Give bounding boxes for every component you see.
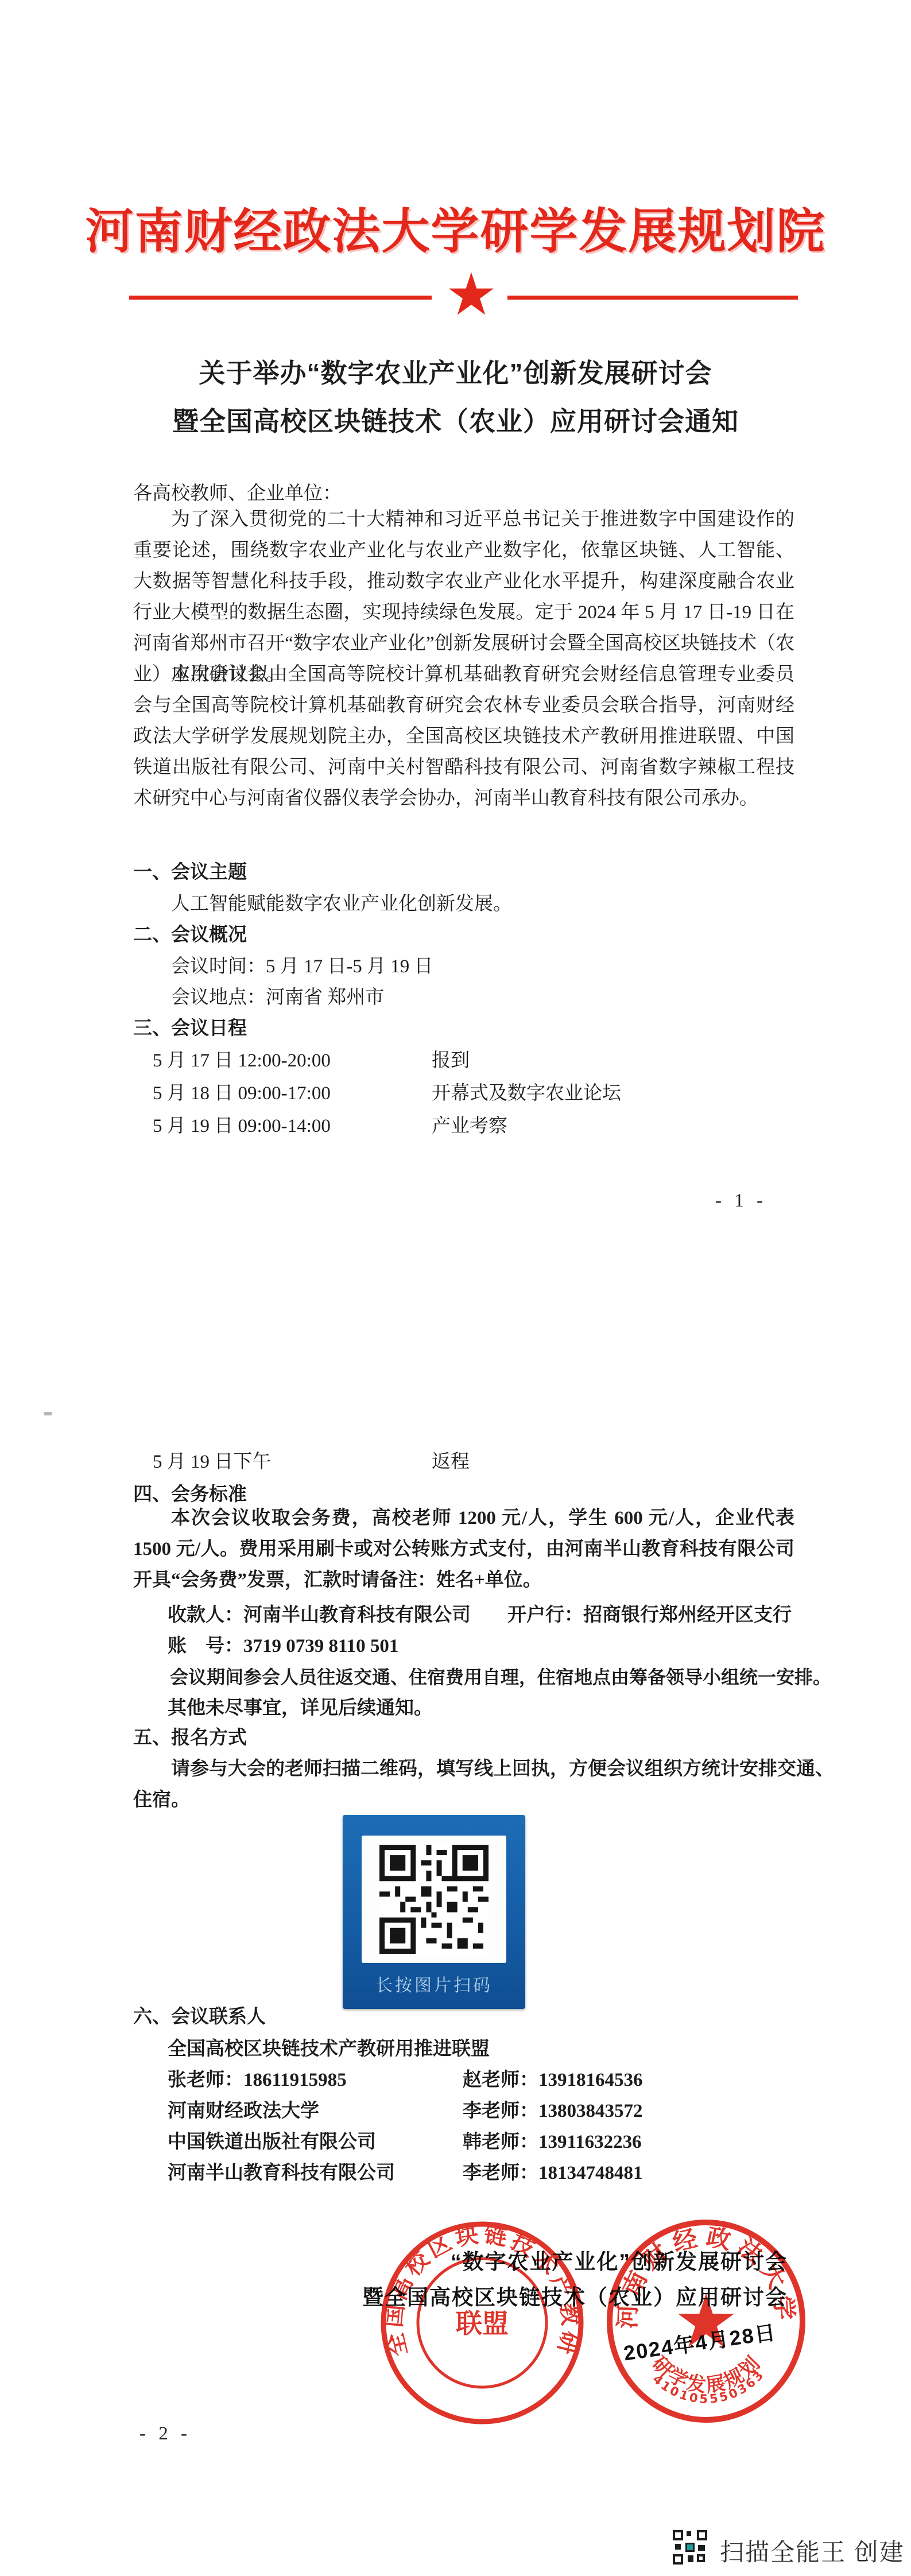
camscanner-qr-icon: [672, 2529, 708, 2566]
section1-heading: 一、会议主题: [133, 861, 247, 884]
page1-number: - 1 -: [715, 1190, 767, 1212]
contact-right: 李老师：13803843572: [463, 2100, 643, 2123]
letterhead-rule-left: [129, 296, 432, 300]
qr-panel: [362, 1836, 506, 1963]
schedule-event: 返程: [432, 1450, 470, 1474]
meeting-time: 会议时间：5 月 17 日-5 月 19 日: [171, 955, 433, 979]
registration-qr-card: 长按图片扫码: [343, 1815, 525, 2009]
page2-number: - 2 -: [139, 2423, 191, 2445]
fee-paragraph: 本次会议收取会务费，高校老师 1200 元/人，学生 600 元/人，企业代表 …: [133, 1503, 794, 1596]
schedule-time: 5 月 19 日 09:00-14:00: [153, 1115, 331, 1138]
alliance-seal: 全国高校区块链技术产教研用推进联盟 联盟: [372, 2211, 593, 2432]
contact-right: 韩老师：13911632236: [463, 2131, 642, 2154]
schedule-event: 报到: [432, 1049, 470, 1073]
scan-artifact: [44, 1412, 52, 1415]
contact-left: 河南财经政法大学: [168, 2100, 319, 2123]
section5-heading: 五、报名方式: [133, 1727, 247, 1750]
university-seal: ★ 河南财经政法大学 研学发展规划院 410105550363: [598, 2213, 813, 2428]
seal-star-icon: ★: [673, 2281, 739, 2362]
letterhead-org-name: 河南财经政法大学研学发展规划院: [0, 193, 911, 262]
contact-right: 赵老师：13918164536: [463, 2069, 643, 2092]
schedule-time: 5 月 18 日 09:00-17:00: [153, 1082, 331, 1105]
meeting-place: 会议地点：河南省 郑州市: [171, 986, 384, 1010]
section2-heading: 二、会议概况: [133, 924, 247, 947]
letterhead-rule-right: [507, 296, 798, 300]
signup-line2: 住宿。: [133, 1789, 190, 1812]
contact-right: 李老师：18134748481: [463, 2162, 643, 2185]
schedule-time: 5 月 19 日下午: [153, 1450, 271, 1474]
section6-heading: 六、会议联系人: [133, 2005, 266, 2029]
section3-heading: 三、会议日程: [133, 1017, 247, 1041]
schedule-event: 产业考察: [432, 1115, 507, 1138]
account-line: 账 号：3719 0739 8110 501: [168, 1635, 398, 1658]
contact-org: 全国高校区块链技术产教研用推进联盟: [168, 2038, 490, 2061]
signup-line1: 请参与大会的老师扫描二维码，填写线上回执，方便会议组织方统计安排交通、: [133, 1758, 834, 1781]
body-paragraph-2: 本次会议拟由全国高等院校计算机基础教育研究会财经信息管理专业委员会与全国高等院校…: [133, 659, 794, 814]
contact-left: 张老师：18611915985: [168, 2069, 347, 2092]
salutation: 各高校教师、企业单位：: [133, 482, 342, 506]
other-note: 其他未尽事宜，详见后续通知。: [168, 1697, 433, 1720]
doc-title-line2: 暨全国高校区块链技术（农业）应用研讨会通知: [0, 401, 911, 439]
bank-line: 开户行：招商银行郑州经开区支行: [507, 1604, 792, 1627]
payee-line: 收款人：河南半山教育科技有限公司: [168, 1604, 471, 1627]
camscanner-watermark-text: 扫描全能王 创建: [720, 2534, 905, 2568]
doc-title-line1: 关于举办“数字农业产业化”创新发展研讨会: [0, 352, 911, 390]
scanned-document: 河南财经政法大学研学发展规划院 ★ 关于举办“数字农业产业化”创新发展研讨会 暨…: [0, 0, 911, 2576]
section1-body: 人工智能赋能数字农业产业化创新发展。: [171, 893, 512, 916]
star-icon: ★: [440, 266, 503, 325]
qr-caption: 长按图片扫码: [343, 1971, 525, 1996]
qr-code: [379, 1845, 489, 1954]
schedule-event: 开幕式及数字农业论坛: [432, 1082, 621, 1105]
contact-left: 河南半山教育科技有限公司: [168, 2162, 395, 2185]
seal-center-text: 联盟: [456, 2309, 509, 2338]
travel-note: 会议期间参会人员往返交通、住宿费用自理，住宿地点由筹备领导小组统一安排。: [133, 1666, 831, 1689]
contact-left: 中国铁道出版社有限公司: [168, 2131, 376, 2154]
schedule-time: 5 月 17 日 12:00-20:00: [153, 1049, 331, 1073]
